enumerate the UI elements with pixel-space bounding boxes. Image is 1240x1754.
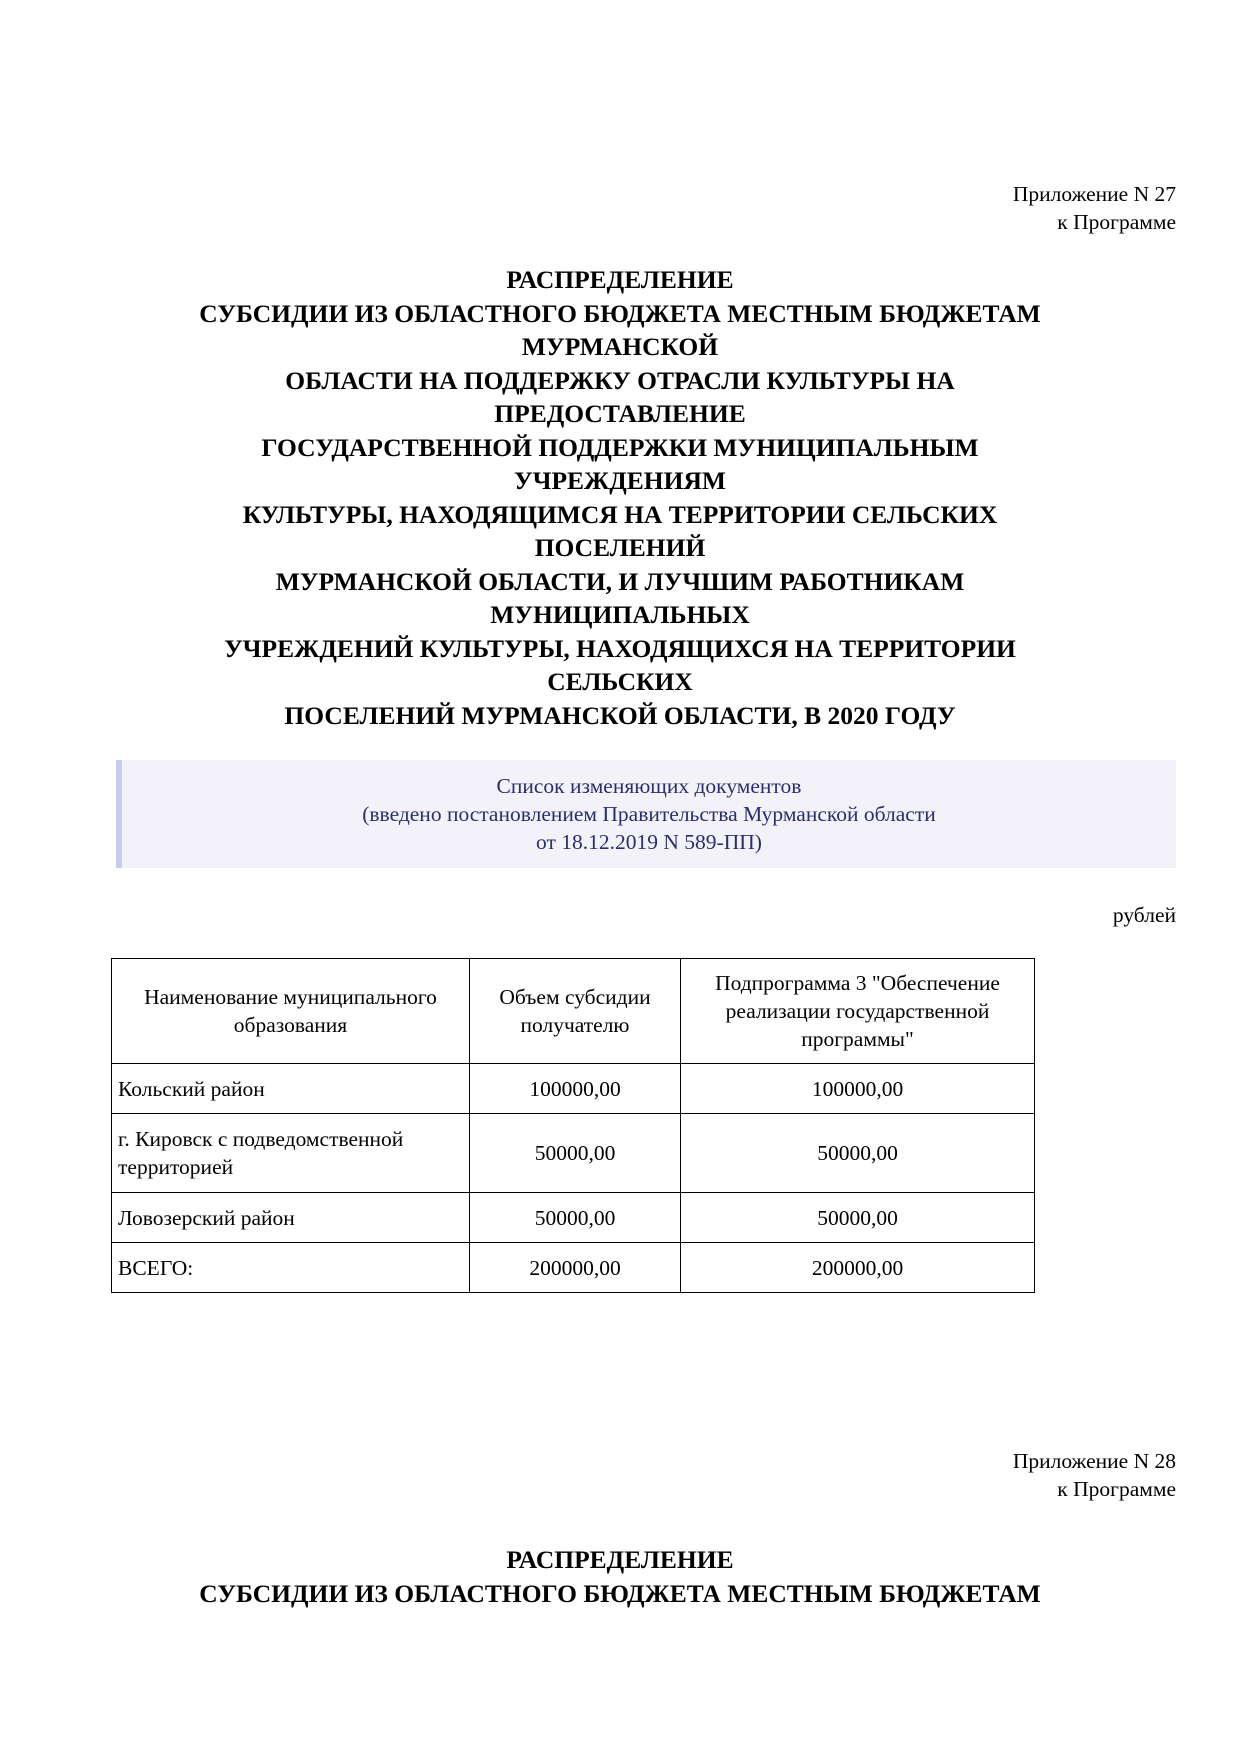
appendix-program-ref: к Программе <box>1013 208 1176 236</box>
title-line: РАСПРЕДЕЛЕНИЕ <box>110 1543 1130 1577</box>
table-row: Ловозерский район 50000,00 50000,00 <box>112 1193 1035 1243</box>
subsidy-distribution-table: Наименование муниципального образования … <box>111 958 1035 1293</box>
title-line: УЧРЕЖДЕНИЯМ <box>110 464 1130 498</box>
table-row: Кольский район 100000,00 100000,00 <box>112 1064 1035 1114</box>
title-line: ПОСЕЛЕНИЙ <box>110 531 1130 565</box>
title-line: КУЛЬТУРЫ, НАХОДЯЩИМСЯ НА ТЕРРИТОРИИ СЕЛЬ… <box>110 498 1130 532</box>
table-header-row: Наименование муниципального образования … <box>112 959 1035 1064</box>
title-line: ОБЛАСТИ НА ПОДДЕРЖКУ ОТРАСЛИ КУЛЬТУРЫ НА <box>110 364 1130 398</box>
subprogram-amount: 100000,00 <box>681 1064 1035 1114</box>
appendix-28-label: Приложение N 28 к Программе <box>1013 1447 1176 1503</box>
column-header-subprogram-3: Подпрограмма 3 "Обеспечение реализации г… <box>681 959 1035 1064</box>
amending-documents-ref: (введено постановлением Правительства Му… <box>122 800 1176 828</box>
title-line: МУНИЦИПАЛЬНЫХ <box>110 598 1130 632</box>
title-line: ПОСЕЛЕНИЙ МУРМАНСКОЙ ОБЛАСТИ, В 2020 ГОД… <box>110 699 1130 733</box>
amending-documents-heading: Список изменяющих документов <box>122 772 1176 800</box>
column-header-municipality: Наименование муниципального образования <box>112 959 470 1064</box>
appendix-number: Приложение N 28 <box>1013 1447 1176 1475</box>
title-line: СУБСИДИИ ИЗ ОБЛАСТНОГО БЮДЖЕТА МЕСТНЫМ Б… <box>110 297 1130 331</box>
title-line: ПРЕДОСТАВЛЕНИЕ <box>110 397 1130 431</box>
amending-documents-box: Список изменяющих документов (введено по… <box>116 760 1176 868</box>
table-row: г. Кировск с подведомственной территорие… <box>112 1114 1035 1193</box>
subprogram-amount: 50000,00 <box>681 1193 1035 1243</box>
municipality-name: Кольский район <box>112 1064 470 1114</box>
total-subsidy-volume: 200000,00 <box>470 1243 681 1293</box>
title-line: МУРМАНСКОЙ ОБЛАСТИ, И ЛУЧШИМ РАБОТНИКАМ <box>110 565 1130 599</box>
title-line: РАСПРЕДЕЛЕНИЕ <box>110 263 1130 297</box>
appendix-program-ref: к Программе <box>1013 1475 1176 1503</box>
currency-unit: рублей <box>1113 901 1176 929</box>
title-line: ГОСУДАРСТВЕННОЙ ПОДДЕРЖКИ МУНИЦИПАЛЬНЫМ <box>110 431 1130 465</box>
title-line: УЧРЕЖДЕНИЙ КУЛЬТУРЫ, НАХОДЯЩИХСЯ НА ТЕРР… <box>110 632 1130 666</box>
table-total-row: ВСЕГО: 200000,00 200000,00 <box>112 1243 1035 1293</box>
appendix-27-label: Приложение N 27 к Программе <box>1013 180 1176 236</box>
total-subprogram-amount: 200000,00 <box>681 1243 1035 1293</box>
subsidy-volume: 100000,00 <box>470 1064 681 1114</box>
amending-documents-date: от 18.12.2019 N 589-ПП) <box>122 828 1176 856</box>
title-line: МУРМАНСКОЙ <box>110 330 1130 364</box>
total-label: ВСЕГО: <box>112 1243 470 1293</box>
subprogram-amount: 50000,00 <box>681 1114 1035 1193</box>
subsidy-volume: 50000,00 <box>470 1114 681 1193</box>
municipality-name: г. Кировск с подведомственной территорие… <box>112 1114 470 1193</box>
document-title-28: РАСПРЕДЕЛЕНИЕ СУБСИДИИ ИЗ ОБЛАСТНОГО БЮД… <box>110 1543 1130 1610</box>
column-header-subsidy-volume: Объем субсидии получателю <box>470 959 681 1064</box>
municipality-name: Ловозерский район <box>112 1193 470 1243</box>
title-line: СУБСИДИИ ИЗ ОБЛАСТНОГО БЮДЖЕТА МЕСТНЫМ Б… <box>110 1577 1130 1611</box>
appendix-number: Приложение N 27 <box>1013 180 1176 208</box>
document-title-27: РАСПРЕДЕЛЕНИЕ СУБСИДИИ ИЗ ОБЛАСТНОГО БЮД… <box>110 263 1130 732</box>
subsidy-volume: 50000,00 <box>470 1193 681 1243</box>
title-line: СЕЛЬСКИХ <box>110 665 1130 699</box>
